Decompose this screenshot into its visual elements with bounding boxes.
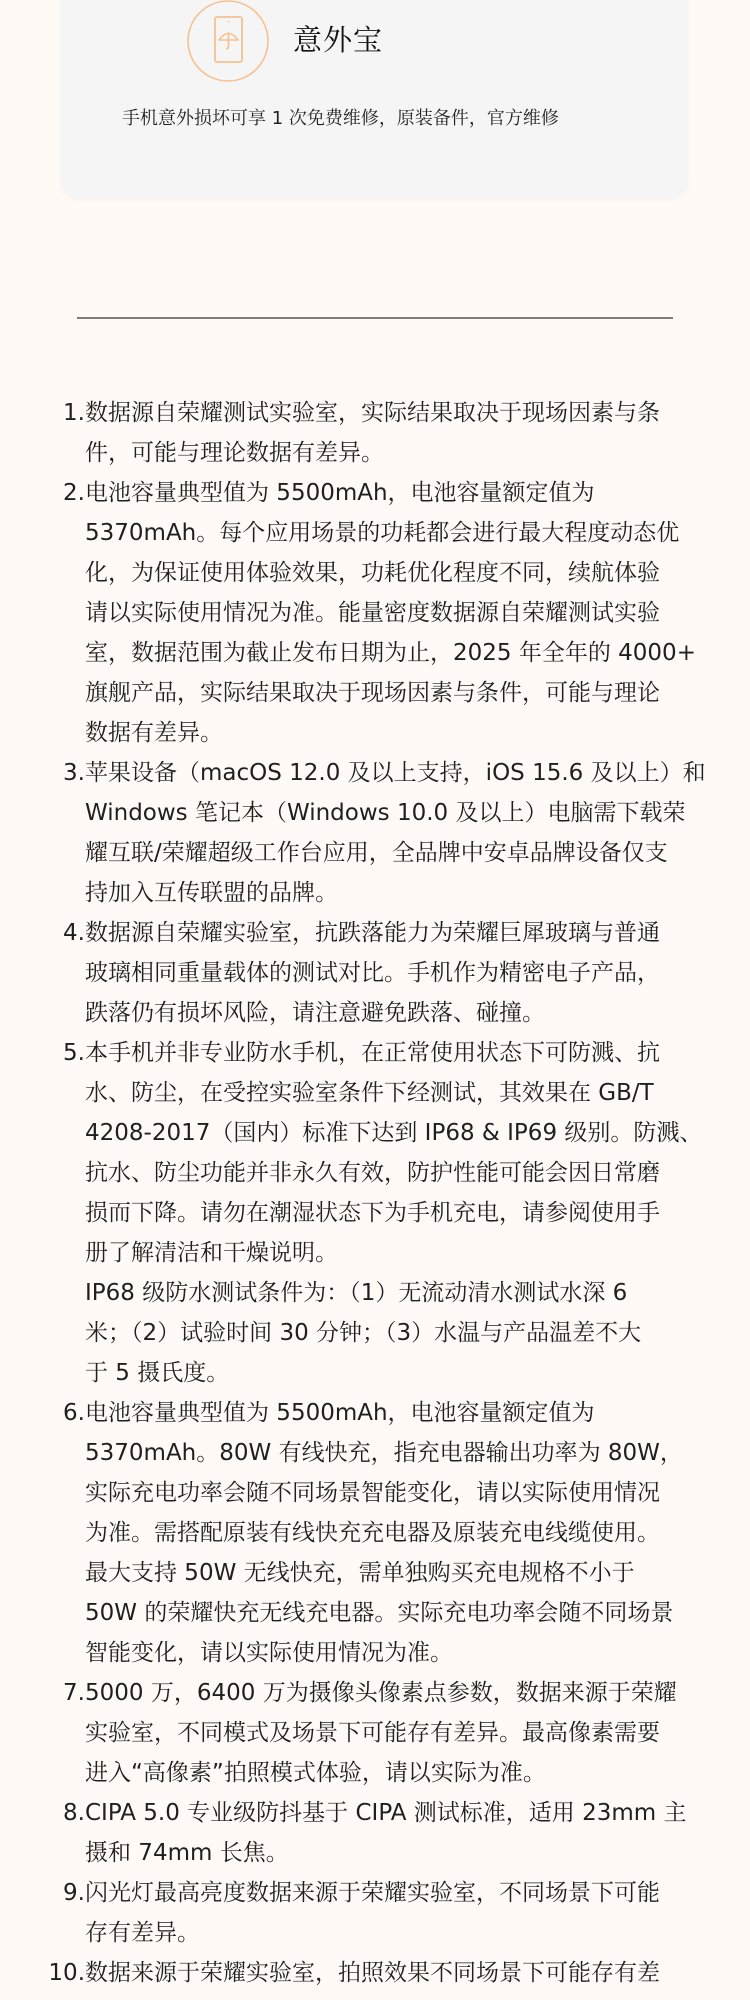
footnote-line: 米；（2）试验时间 30 分钟；（3）水温与产品温差不大 <box>85 1313 750 1353</box>
footnote-line: 5000 万，6400 万为摄像头像素点参数，数据来源于荣耀 <box>85 1673 750 1713</box>
card-description: 手机意外损坏可享 1 次免费维修，原装备件，官方维修 <box>122 106 559 132</box>
footnote-line: 50W 的荣耀快充无线充电器。实际充电功率会随不同场景 <box>85 1593 750 1633</box>
footnote-number: 1. <box>63 393 85 433</box>
footnote-item: 10. 数据来源于荣耀实验室，拍照效果不同场景下可能存有差 <box>0 1953 750 1993</box>
footnote-number: 9. <box>63 1873 85 1913</box>
section-divider <box>77 317 673 319</box>
footnote-line: 数据有差异。 <box>85 713 750 753</box>
footnote-line: 损而下降。请勿在潮湿状态下为手机充电，请参阅使用手 <box>85 1193 750 1233</box>
footnote-line: 闪光灯最高亮度数据来源于荣耀实验室，不同场景下可能 <box>85 1873 750 1913</box>
footnote-line: 智能变化，请以实际使用情况为准。 <box>85 1633 750 1673</box>
footnote-item: 8. CIPA 5.0 专业级防抖基于 CIPA 测试标准，适用 23mm 主 … <box>0 1793 750 1873</box>
footnote-line: 4208-2017（国内）标准下达到 IP68 & IP69 级别。防溅、 <box>85 1113 750 1153</box>
card-title: 意外宝 <box>293 20 383 60</box>
footnote-line: 实际充电功率会随不同场景智能变化，请以实际使用情况 <box>85 1473 750 1513</box>
footnote-number: 3. <box>63 753 85 793</box>
footnotes-list: 1. 数据源自荣耀测试实验室，实际结果取决于现场因素与条 件，可能与理论数据有差… <box>0 393 750 1993</box>
footnote-line: 5370mAh。每个应用场景的功耗都会进行最大程度动态优 <box>85 513 750 553</box>
footnote-item: 3. 苹果设备（macOS 12.0 及以上支持，iOS 15.6 及以上）和 … <box>0 753 750 913</box>
footnote-line: 苹果设备（macOS 12.0 及以上支持，iOS 15.6 及以上）和 <box>85 753 750 793</box>
footnote-line: 本手机并非专业防水手机，在正常使用状态下可防溅、抗 <box>85 1033 750 1073</box>
footnote-number: 2. <box>63 473 85 513</box>
footnote-item: 9. 闪光灯最高亮度数据来源于荣耀实验室，不同场景下可能 存有差异。 <box>0 1873 750 1953</box>
footnote-number: 7. <box>63 1673 85 1713</box>
footnote-line: 电池容量典型值为 5500mAh，电池容量额定值为 <box>85 473 750 513</box>
footnote-item: 1. 数据源自荣耀测试实验室，实际结果取决于现场因素与条 件，可能与理论数据有差… <box>0 393 750 473</box>
footnote-line: 摄和 74mm 长焦。 <box>85 1833 750 1873</box>
footnote-item: 2. 电池容量典型值为 5500mAh，电池容量额定值为 5370mAh。每个应… <box>0 473 750 753</box>
footnote-line: 抗水、防尘功能并非永久有效，防护性能可能会因日常磨 <box>85 1153 750 1193</box>
phone-umbrella-icon <box>187 0 269 82</box>
footnote-number: 6. <box>63 1393 85 1433</box>
footnote-line: 数据源自荣耀实验室，抗跌落能力为荣耀巨犀玻璃与普通 <box>85 913 750 953</box>
footnote-line: 进入“高像素”拍照模式体验，请以实际为准。 <box>85 1753 750 1793</box>
footnote-number: 8. <box>63 1793 85 1833</box>
footnote-line: 跌落仍有损坏风险，请注意避免跌落、碰撞。 <box>85 993 750 1033</box>
footnote-line: 室，数据范围为截止发布日期为止，2025 年全年的 4000+ <box>85 633 750 673</box>
footnote-line: 旗舰产品，实际结果取决于现场因素与条件，可能与理论 <box>85 673 750 713</box>
footnote-item: 6. 电池容量典型值为 5500mAh，电池容量额定值为 5370mAh。80W… <box>0 1393 750 1673</box>
footnote-item: 4. 数据源自荣耀实验室，抗跌落能力为荣耀巨犀玻璃与普通 玻璃相同重量载体的测试… <box>0 913 750 1033</box>
footnote-line: 最大支持 50W 无线快充，需单独购买充电规格不小于 <box>85 1553 750 1593</box>
footnote-line: 水、防尘，在受控实验室条件下经测试，其效果在 GB/T <box>85 1073 750 1113</box>
footnote-line: 电池容量典型值为 5500mAh，电池容量额定值为 <box>85 1393 750 1433</box>
footnote-line: 玻璃相同重量载体的测试对比。手机作为精密电子产品， <box>85 953 750 993</box>
footnote-line: CIPA 5.0 专业级防抖基于 CIPA 测试标准，适用 23mm 主 <box>85 1793 750 1833</box>
footnote-line: 于 5 摄氏度。 <box>85 1353 750 1393</box>
footnote-line: 5370mAh。80W 有线快充，指充电器输出功率为 80W， <box>85 1433 750 1473</box>
footnote-line: 为准。需搭配原装有线快充充电器及原装充电线缆使用。 <box>85 1513 750 1553</box>
footnote-number: 5. <box>63 1033 85 1073</box>
footnote-line: 请以实际使用情况为准。能量密度数据源自荣耀测试实验 <box>85 593 750 633</box>
footnote-line: 耀互联/荣耀超级工作台应用，全品牌中安卓品牌设备仅支 <box>85 833 750 873</box>
footnote-number: 10. <box>48 1953 85 1993</box>
footnote-line: 件，可能与理论数据有差异。 <box>85 433 750 473</box>
footnote-line: 存有差异。 <box>85 1913 750 1953</box>
footnote-line: 数据来源于荣耀实验室，拍照效果不同场景下可能存有差 <box>85 1953 750 1993</box>
footnote-line: 化，为保证使用体验效果，功耗优化程度不同，续航体验 <box>85 553 750 593</box>
footnote-number: 4. <box>63 913 85 953</box>
footnote-line: 数据源自荣耀测试实验室，实际结果取决于现场因素与条 <box>85 393 750 433</box>
footnote-line: IP68 级防水测试条件为：（1）无流动清水测试水深 6 <box>85 1273 750 1313</box>
footnote-item: 5. 本手机并非专业防水手机，在正常使用状态下可防溅、抗 水、防尘，在受控实验室… <box>0 1033 750 1393</box>
footnote-line: 册了解清洁和干燥说明。 <box>85 1233 750 1273</box>
accident-protection-card[interactable]: 意外宝 手机意外损坏可享 1 次免费维修，原装备件，官方维修 <box>61 0 688 198</box>
footnote-item: 7. 5000 万，6400 万为摄像头像素点参数，数据来源于荣耀 实验室，不同… <box>0 1673 750 1793</box>
footnote-line: Windows 笔记本（Windows 10.0 及以上）电脑需下载荣 <box>85 793 750 833</box>
footnote-line: 持加入互传联盟的品牌。 <box>85 873 750 913</box>
footnote-line: 实验室，不同模式及场景下可能存有差异。最高像素需要 <box>85 1713 750 1753</box>
